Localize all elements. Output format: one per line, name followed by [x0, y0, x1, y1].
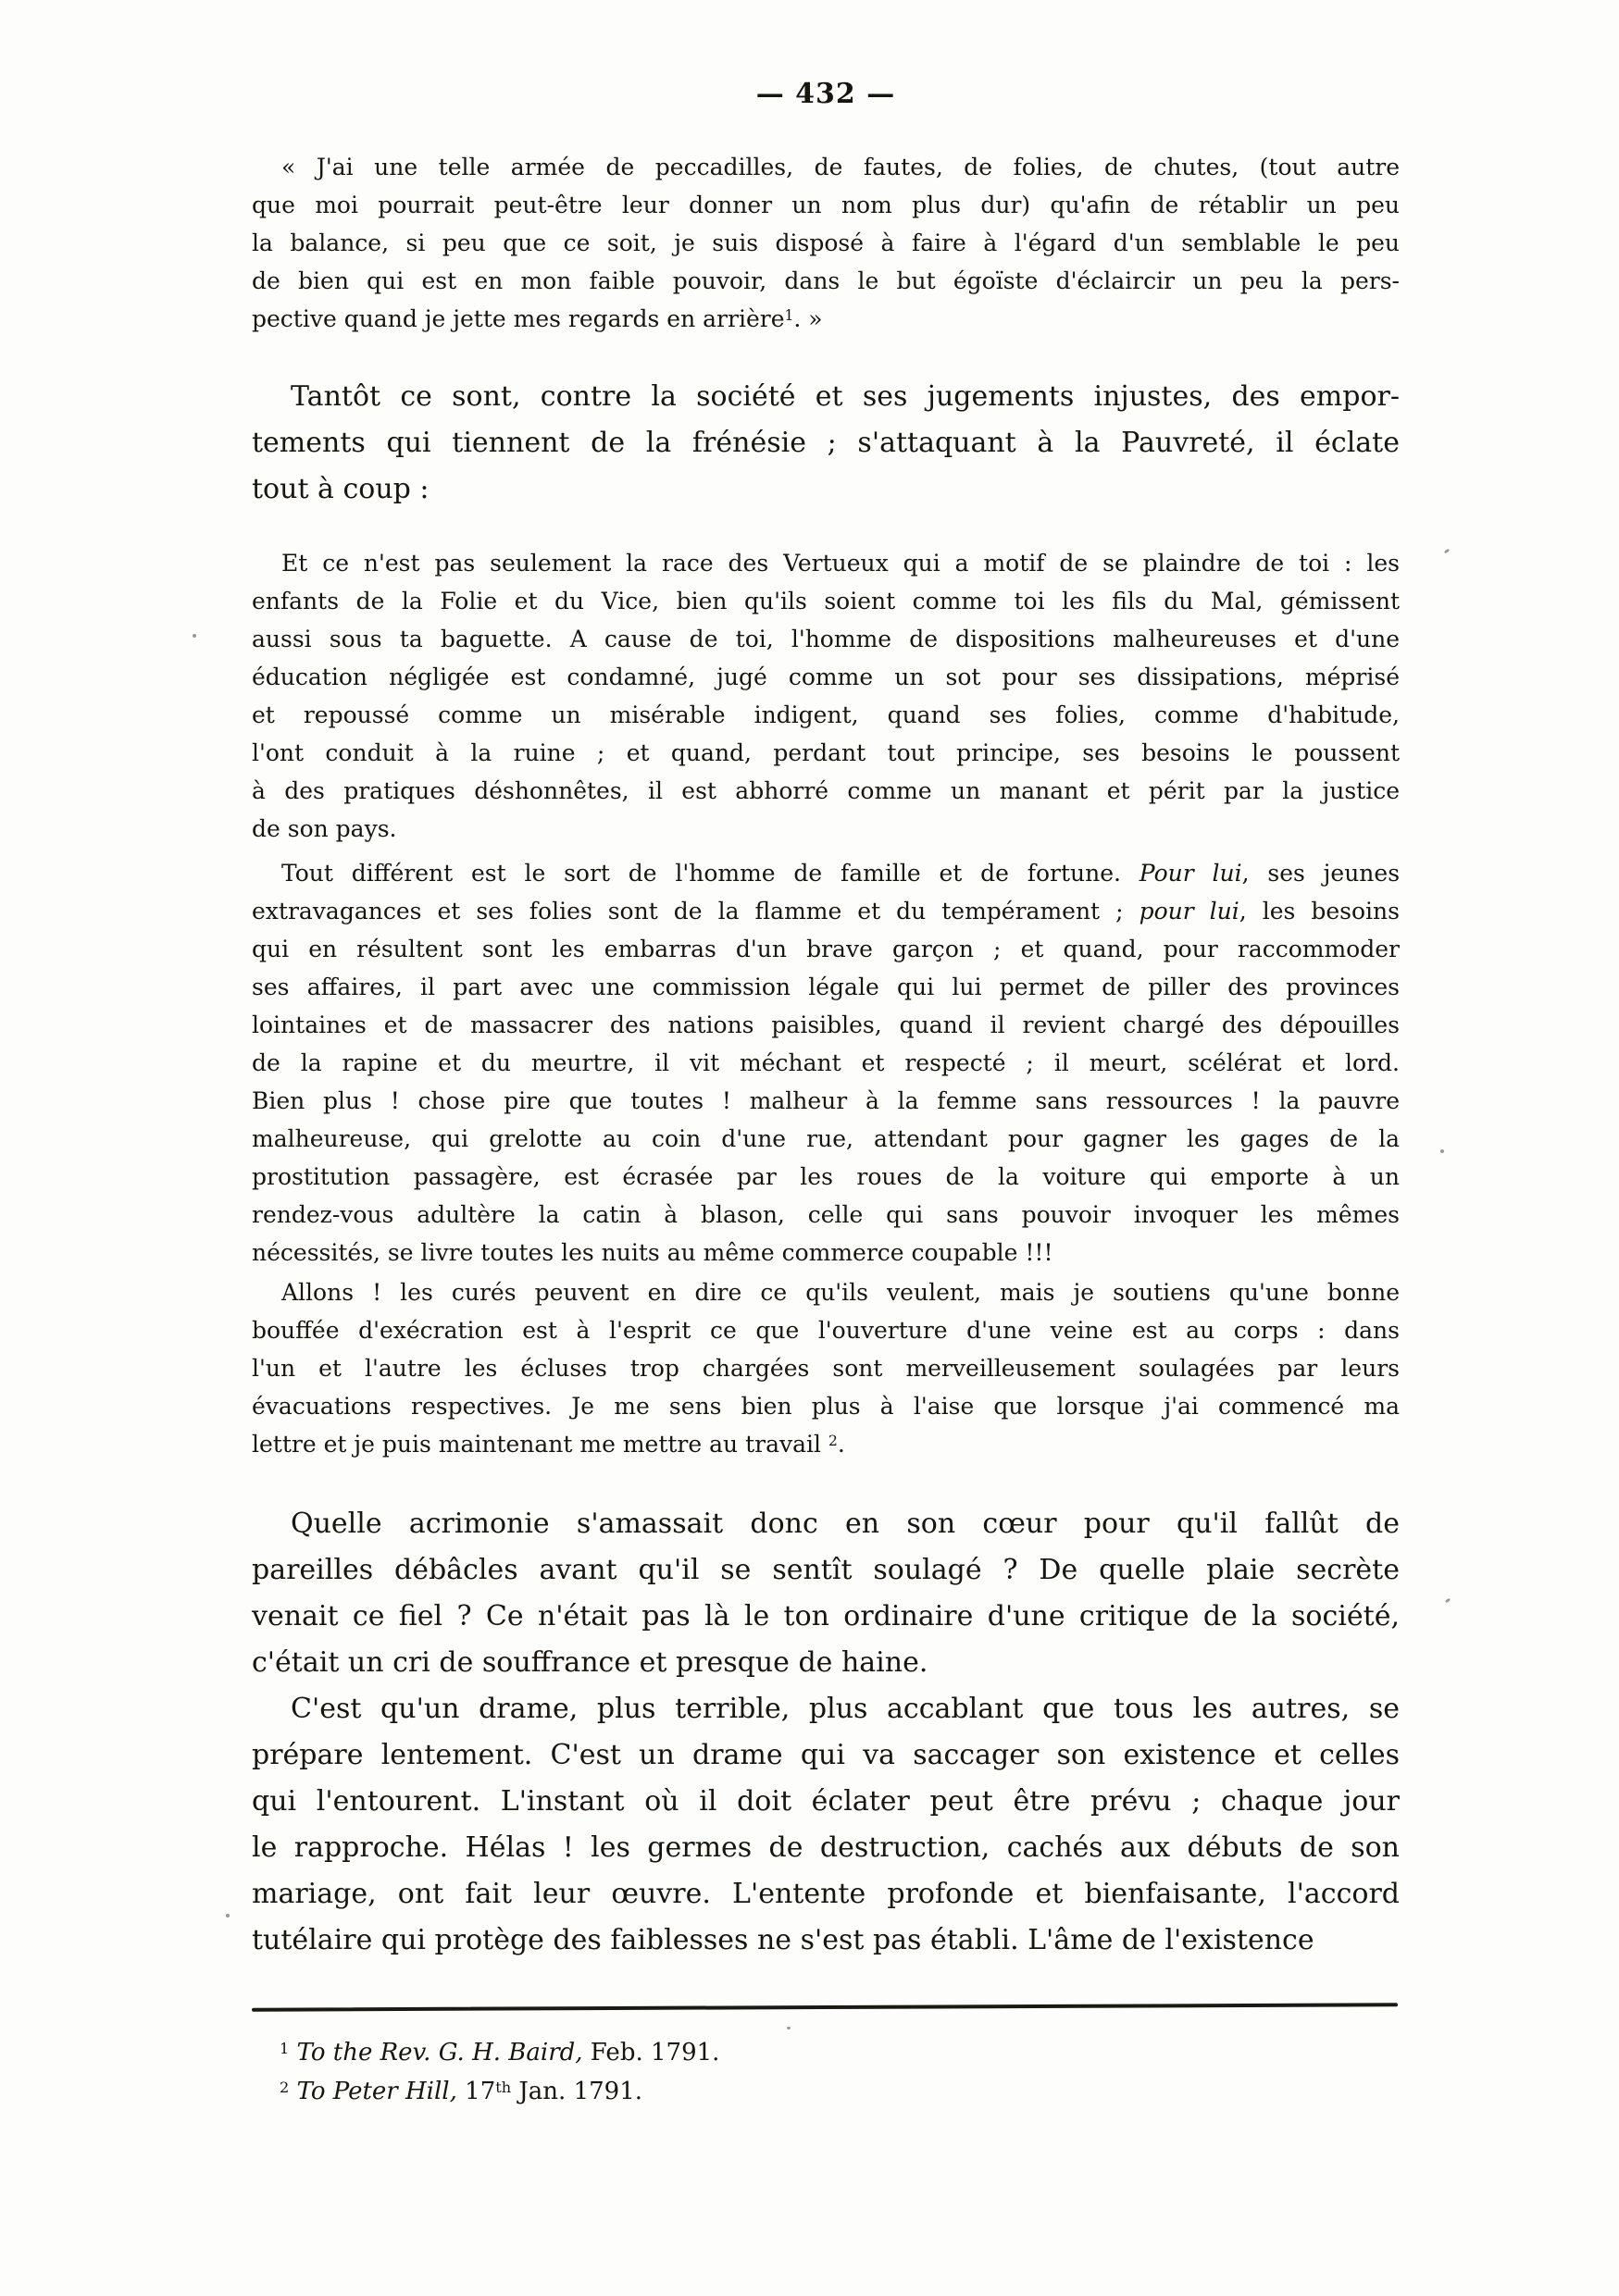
text-line: qui l'entourent. L'instant où il doit éc… [252, 1779, 1400, 1825]
paragraph-drame: C'est qu'un drame, plus terrible, plus a… [252, 1686, 1400, 1964]
text-line: extravagances et ses folies sont de la f… [252, 892, 1400, 930]
paragraph-tantot: Tantôt ce sont, contre la société et ses… [252, 374, 1400, 513]
text-line: évacuations respectives. Je me sens bien… [252, 1387, 1400, 1425]
text-line: l'un et l'autre les écluses trop chargée… [252, 1349, 1400, 1387]
scan-speck [1440, 1149, 1444, 1153]
text-line: nécessités, se livre toutes les nuits au… [252, 1234, 1400, 1272]
footnote-1: 1 To the Rev. G. H. Baird, Feb. 1791. [280, 2034, 1400, 2071]
text-line: le rapproche. Hélas ! les germes de dest… [252, 1825, 1400, 1871]
blockquote-peccadilles: « J'ai une telle armée de peccadilles, d… [252, 148, 1400, 338]
text-line: 2 To Peter Hill, 17th Jan. 1791. [280, 2073, 1400, 2110]
text-line: la balance, si peu que ce soit, je suis … [252, 224, 1400, 262]
text-line: pareilles débâcles avant qu'il se sentît… [252, 1547, 1400, 1594]
text-line: bouffée d'exécration est à l'esprit ce q… [252, 1311, 1400, 1349]
footnote-separator [252, 2003, 1398, 2011]
text-line: malheureuse, qui grelotte au coin d'une … [252, 1120, 1400, 1158]
scan-speck [787, 2027, 791, 2029]
text-line: ses affaires, il part avec une commissio… [252, 968, 1400, 1006]
text-line: qui en résultent sont les embarras d'un … [252, 930, 1400, 968]
scan-speck [1444, 549, 1451, 554]
blockquote-allons: Allons ! les curés peuvent en dire ce qu… [252, 1273, 1400, 1463]
page-number: — 432 — [252, 78, 1400, 110]
footnote-2: 2 To Peter Hill, 17th Jan. 1791. [280, 2073, 1400, 2110]
text-line: c'était un cri de souffrance et presque … [252, 1640, 1400, 1686]
text-line: Quelle acrimonie s'amassait donc en son … [252, 1501, 1400, 1547]
text-line: aussi sous ta baguette. A cause de toi, … [252, 620, 1400, 658]
text-line: Tantôt ce sont, contre la société et ses… [252, 374, 1400, 420]
blockquote-tout-different: Tout différent est le sort de l'homme de… [252, 854, 1400, 1272]
text-line: rendez-vous adultère la catin à blason, … [252, 1196, 1400, 1234]
text-line: Bien plus ! chose pire que toutes ! malh… [252, 1082, 1400, 1120]
text-line: de la rapine et du meurtre, il vit mécha… [252, 1044, 1400, 1082]
text-line: de son pays. [252, 810, 1400, 848]
text-line: lettre et je puis maintenant me mettre a… [252, 1425, 1400, 1463]
text-line: venait ce fiel ? Ce n'était pas là le to… [252, 1594, 1400, 1640]
text-line: et repoussé comme un misérable indigent,… [252, 696, 1400, 734]
text-line: 1 To the Rev. G. H. Baird, Feb. 1791. [280, 2034, 1400, 2071]
text-line: tutélaire qui protège des faiblesses ne … [252, 1917, 1400, 1964]
text-line: éducation négligée est condamné, jugé co… [252, 658, 1400, 696]
text-line: que moi pourrait peut-être leur donner u… [252, 186, 1400, 224]
paragraph-quelle-acrimonie: Quelle acrimonie s'amassait donc en son … [252, 1501, 1400, 1686]
text-line: Allons ! les curés peuvent en dire ce qu… [252, 1273, 1400, 1311]
text-line: Et ce n'est pas seulement la race des Ve… [252, 544, 1400, 582]
text-line: l'ont conduit à la ruine ; et quand, per… [252, 734, 1400, 772]
blockquote-vertueux: Et ce n'est pas seulement la race des Ve… [252, 544, 1400, 848]
scan-speck [1445, 1598, 1451, 1604]
text-line: tout à coup : [252, 466, 1400, 513]
text-line: prostitution passagère, est écrasée par … [252, 1158, 1400, 1196]
scan-speck [226, 1914, 230, 1917]
text-line: C'est qu'un drame, plus terrible, plus a… [252, 1686, 1400, 1732]
text-line: de bien qui est en mon faible pouvoir, d… [252, 262, 1400, 300]
text-line: mariage, ont fait leur œuvre. L'entente … [252, 1871, 1400, 1917]
text-line: prépare lentement. C'est un drame qui va… [252, 1732, 1400, 1779]
text-line: lointaines et de massacrer des nations p… [252, 1006, 1400, 1044]
text-line: à des pratiques déshonnêtes, il est abho… [252, 772, 1400, 810]
text-line: tements qui tiennent de la frénésie ; s'… [252, 420, 1400, 466]
book-page: — 432 — « J'ai une telle armée de peccad… [0, 0, 1619, 2296]
text-line: enfants de la Folie et du Vice, bien qu'… [252, 582, 1400, 620]
text-line: « J'ai une telle armée de peccadilles, d… [252, 148, 1400, 186]
text-line: Tout différent est le sort de l'homme de… [252, 854, 1400, 892]
text-line: pective quand je jette mes regards en ar… [252, 300, 1400, 338]
scan-speck [193, 634, 196, 638]
